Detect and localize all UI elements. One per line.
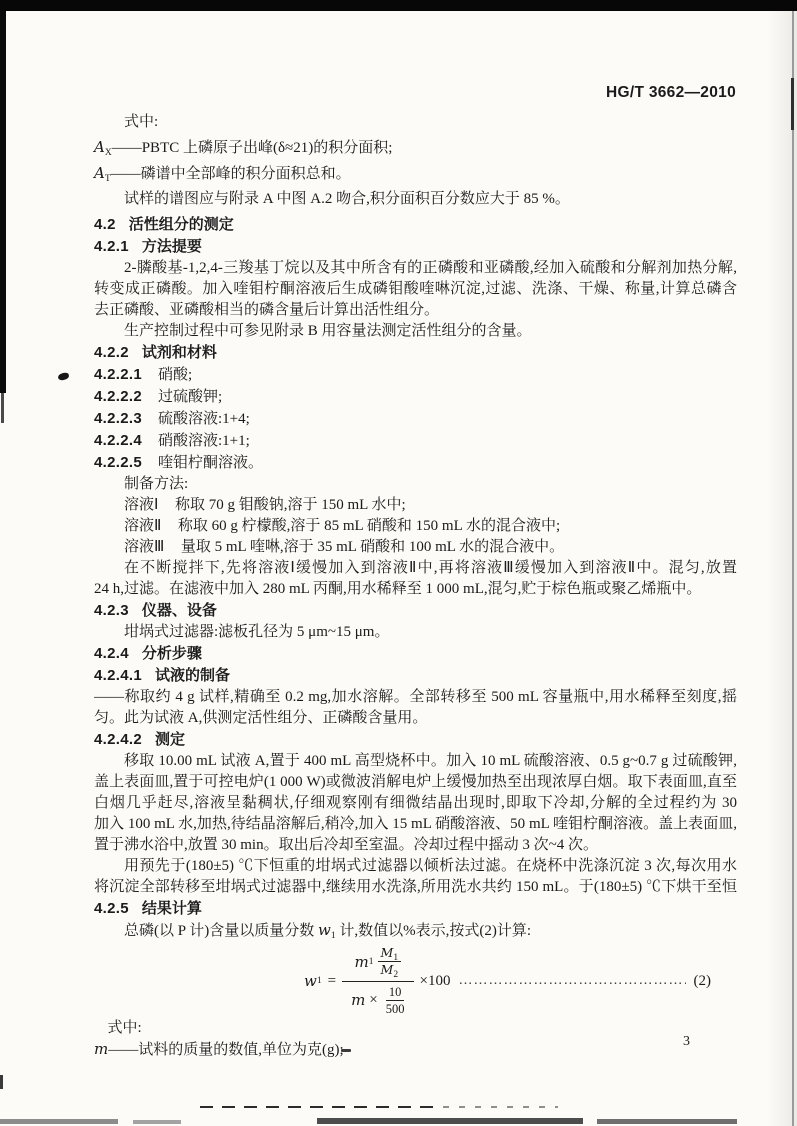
formula-m-symbol: m <box>351 991 365 1009</box>
determination-line: 置于沸水浴中,放置 30 min。取出后冷却至室温。冷却过程中摇动 3 次~4 … <box>94 835 737 856</box>
formula-aliquot-top: 10 <box>386 985 405 1001</box>
clause-4-2-2-number: 4.2.2 <box>94 344 129 361</box>
spectrum-match-note: 试样的谱图应与附录 A 中图 A.2 吻合,积分面积百分数应大于 85 %。 <box>94 189 737 210</box>
clause-4-2-2-title: 试剂和材料 <box>142 345 217 361</box>
reagent-item-text: 过硫酸钾; <box>158 389 222 405</box>
method-summary-line: 去正磷酸、亚磷酸相当的磷含量后计算出活性组分。 <box>94 300 737 321</box>
formula-aliquot-bottom: 500 <box>386 1001 405 1016</box>
symbol-ax: A <box>94 138 105 156</box>
solution-text: 量取 5 mL 喹啉,溶于 35 mL 硝酸和 100 mL 水的混合液中。 <box>181 539 564 555</box>
production-control-note: 生产控制过程中可参见附录 B 用容量法测定活性组分的含量。 <box>94 321 737 342</box>
clause-4-2-4-2-heading: 4.2.4.2测定 <box>94 729 737 751</box>
method-summary-line: 2-膦酸基-1,2,4-三羧基丁烷以及其中所含有的正磷酸和亚磷酸,经加入硫酸和分… <box>94 258 737 279</box>
scan-edge-left-bottom-mark <box>0 1075 3 1089</box>
formula-main-fraction: m1 M1 M2 m × 10 500 <box>342 946 413 1017</box>
reagent-item-number: 4.2.2.4 <box>94 432 142 449</box>
formula-denominator: m × 10 500 <box>342 981 413 1017</box>
reagent-item-text: 喹钼柠酮溶液。 <box>158 455 263 471</box>
formula-M1-symbol: M <box>381 945 394 960</box>
where-label-1: 式中: <box>94 112 737 133</box>
standard-number-header: HG/T 3662—2010 <box>606 84 736 102</box>
scan-bottom-dashed-line-faint <box>443 1106 558 1108</box>
clause-4-2-3-number: 4.2.3 <box>94 602 129 619</box>
clause-4-2-4-2-number: 4.2.4.2 <box>94 731 142 748</box>
scan-edge-right-dark-segment <box>791 78 794 130</box>
formula-equals-sign: = <box>328 973 336 990</box>
filtering-line: 将沉淀全部转移至坩埚式过滤器中,继续用水洗涤,所用洗水共约 150 mL。于(1… <box>94 877 737 898</box>
formula-aliquot-fraction: 10 500 <box>386 985 405 1017</box>
clause-4-2-number: 4.2 <box>94 216 116 233</box>
symbol-definition-at: AT——磷谱中全部峰的积分面积总和。 <box>94 163 737 185</box>
determination-line: 白烟几乎赶尽,溶液呈黏稠状,仔细观察刚有细微结晶出现时,即取下冷却,分解的全过程… <box>94 793 737 814</box>
reagent-item-text: 硝酸溶液:1+1; <box>158 433 250 449</box>
small-dash-artifact <box>341 1049 351 1052</box>
clause-4-2-5-title: 结果计算 <box>142 901 202 917</box>
scan-edge-left <box>0 11 6 393</box>
formula-mass-ratio-fraction: M1 M2 <box>378 946 402 978</box>
symbol-ax-subscript: X <box>105 148 112 158</box>
filtering-line: 用预先于(180±5) ℃下恒重的坩埚式过滤器以倾析法过滤。在烧杯中洗涤沉淀 3… <box>94 856 737 877</box>
symbol-ax-text: ——PBTC 上磷原子出峰(δ≈21)的积分面积; <box>112 140 393 156</box>
determination-line: 加入 100 mL 水,加热,待结晶溶解后,稍冷,加入 15 mL 硝酸溶液、5… <box>94 814 737 835</box>
scan-bottom-bar <box>597 1119 737 1124</box>
reagent-item: 4.2.2.3硫酸溶液:1+4; <box>94 408 737 430</box>
formula-numerator: m1 M1 M2 <box>346 946 411 981</box>
reagent-item-number: 4.2.2.5 <box>94 454 142 471</box>
scan-bottom-bar <box>0 1119 118 1124</box>
clause-4-2-heading: 4.2活性组分的测定 <box>94 214 737 236</box>
formula-M2-subscript: 2 <box>393 970 398 980</box>
scan-bottom-bar <box>317 1118 583 1124</box>
result-intro-prefix: 总磷(以 P 计)含量以质量分数 <box>124 923 318 939</box>
solution-line: 溶液Ⅲ量取 5 mL 喹啉,溶于 35 mL 硝酸和 100 mL 水的混合液中… <box>94 537 737 558</box>
symbol-w1: w <box>318 921 331 939</box>
reagent-item-number: 4.2.2.3 <box>94 410 142 427</box>
crucible-filter-note: 坩埚式过滤器:滤板孔径为 5 μm~15 μm。 <box>94 622 737 643</box>
result-intro-suffix: 计,数值以%表示,按式(2)计算: <box>336 923 531 939</box>
result-calculation-intro: 总磷(以 P 计)含量以质量分数 w1 计,数值以%表示,按式(2)计算: <box>94 920 737 942</box>
preparation-method-label: 制备方法: <box>94 474 737 495</box>
solution-label: 溶液Ⅰ <box>124 497 158 513</box>
reagent-item-number: 4.2.2.2 <box>94 388 142 405</box>
formula-2: w1 = m1 M1 M2 m × 10 500 ×100 …………………………… <box>94 944 737 1018</box>
formula-dot-leader: ……………………………………………………………… <box>458 973 685 989</box>
solution-text: 称取 60 g 柠檬酸,溶于 85 mL 硝酸和 150 mL 水的混合液中; <box>178 518 560 534</box>
scan-edge-left-fade <box>1 393 4 423</box>
clause-4-2-3-title: 仪器、设备 <box>142 603 217 619</box>
clause-4-2-4-1-number: 4.2.4.1 <box>94 667 142 684</box>
formula-equation-number: (2) <box>694 973 712 990</box>
document-body: 式中: AX——PBTC 上磷原子出峰(δ≈21)的积分面积; AT——磷谱中全… <box>94 112 737 1061</box>
clause-4-2-4-title: 分析步骤 <box>142 646 202 662</box>
symbol-definition-m: m——试料的质量的数值,单位为克(g); <box>94 1039 737 1061</box>
mixing-instruction-line: 24 h,过滤。在滤液中加入 280 mL 丙酮,用水稀释至 1 000 mL,… <box>94 579 737 600</box>
solution-label: 溶液Ⅱ <box>124 518 161 534</box>
clause-4-2-4-2-title: 测定 <box>155 732 185 748</box>
mixing-instruction-line: 在不断搅拌下,先将溶液Ⅰ缓慢加入到溶液Ⅱ中,再将溶液Ⅲ缓慢加入到溶液Ⅱ中。混匀,… <box>94 558 737 579</box>
scan-edge-right <box>792 11 794 1126</box>
clause-4-2-5-number: 4.2.5 <box>94 900 129 917</box>
formula-m1-symbol: m <box>355 953 369 971</box>
clause-4-2-1-title: 方法提要 <box>142 239 202 255</box>
reagent-item: 4.2.2.5喹钼柠酮溶液。 <box>94 452 737 474</box>
method-summary-line: 转变成正磷酸。加入喹钼柠酮溶液后生成磷钼酸喹啉沉淀,过滤、洗涤、干燥、称量,计算… <box>94 279 737 300</box>
reagent-item: 4.2.2.2过硫酸钾; <box>94 386 737 408</box>
determination-line: 移取 10.00 mL 试液 A,置于 400 mL 高型烧杯中。加入 10 m… <box>94 751 737 772</box>
scan-bottom-bar <box>133 1120 181 1124</box>
clause-4-2-1-number: 4.2.1 <box>94 238 129 255</box>
formula-M2: M2 <box>381 962 399 977</box>
clause-4-2-4-1-title: 试液的制备 <box>155 668 230 684</box>
reagent-item: 4.2.2.1硝酸; <box>94 364 737 386</box>
test-solution-prep-line: ——称取约 4 g 试样,精确至 0.2 mg,加水溶解。全部转移至 500 m… <box>94 687 737 708</box>
symbol-at-text: ——磷谱中全部峰的积分面积总和。 <box>111 166 351 182</box>
clause-4-2-4-1-heading: 4.2.4.1试液的制备 <box>94 665 737 687</box>
page-number: 3 <box>683 1034 690 1050</box>
clause-4-2-title: 活性组分的测定 <box>129 217 234 233</box>
symbol-m-text: ——试料的质量的数值,单位为克(g); <box>108 1042 343 1058</box>
scan-bottom-dashed-line <box>200 1106 435 1108</box>
symbol-m: m <box>94 1040 108 1058</box>
reagent-item-number: 4.2.2.1 <box>94 366 142 383</box>
clause-4-2-3-heading: 4.2.3仪器、设备 <box>94 600 737 622</box>
where-label-2: 式中: <box>94 1018 737 1039</box>
clause-4-2-4-number: 4.2.4 <box>94 645 129 662</box>
solution-text: 称取 70 g 钼酸钠,溶于 150 mL 水中; <box>175 497 406 513</box>
formula-lhs-symbol: w <box>304 972 317 990</box>
formula-multiply-sign: × <box>369 992 377 1009</box>
formula-times-100: ×100 <box>420 973 451 990</box>
solution-label: 溶液Ⅲ <box>124 539 164 555</box>
formula-M1: M1 <box>378 946 402 962</box>
determination-line: 盖上表面皿,置于可控电炉(1 000 W)或微波消解电炉上缓慢加热至出现浓厚白烟… <box>94 772 737 793</box>
symbol-at: A <box>94 164 105 182</box>
clause-4-2-4-heading: 4.2.4分析步骤 <box>94 643 737 665</box>
clause-4-2-1-heading: 4.2.1方法提要 <box>94 236 737 258</box>
reagent-item-text: 硫酸溶液:1+4; <box>158 411 250 427</box>
reagent-item: 4.2.2.4硝酸溶液:1+1; <box>94 430 737 452</box>
scan-edge-top <box>0 0 797 11</box>
solution-line: 溶液Ⅰ称取 70 g 钼酸钠,溶于 150 mL 水中; <box>94 495 737 516</box>
solution-line: 溶液Ⅱ称取 60 g 柠檬酸,溶于 85 mL 硝酸和 150 mL 水的混合液… <box>94 516 737 537</box>
formula-M2-symbol: M <box>381 962 394 977</box>
clause-4-2-5-heading: 4.2.5结果计算 <box>94 898 737 920</box>
symbol-definition-ax: AX——PBTC 上磷原子出峰(δ≈21)的积分面积; <box>94 137 737 159</box>
reagent-item-text: 硝酸; <box>158 367 192 383</box>
test-solution-prep-line: 匀。此为试液 A,供测定活性组分、正磷酸含量用。 <box>94 708 737 729</box>
clause-4-2-2-heading: 4.2.2试剂和材料 <box>94 342 737 364</box>
